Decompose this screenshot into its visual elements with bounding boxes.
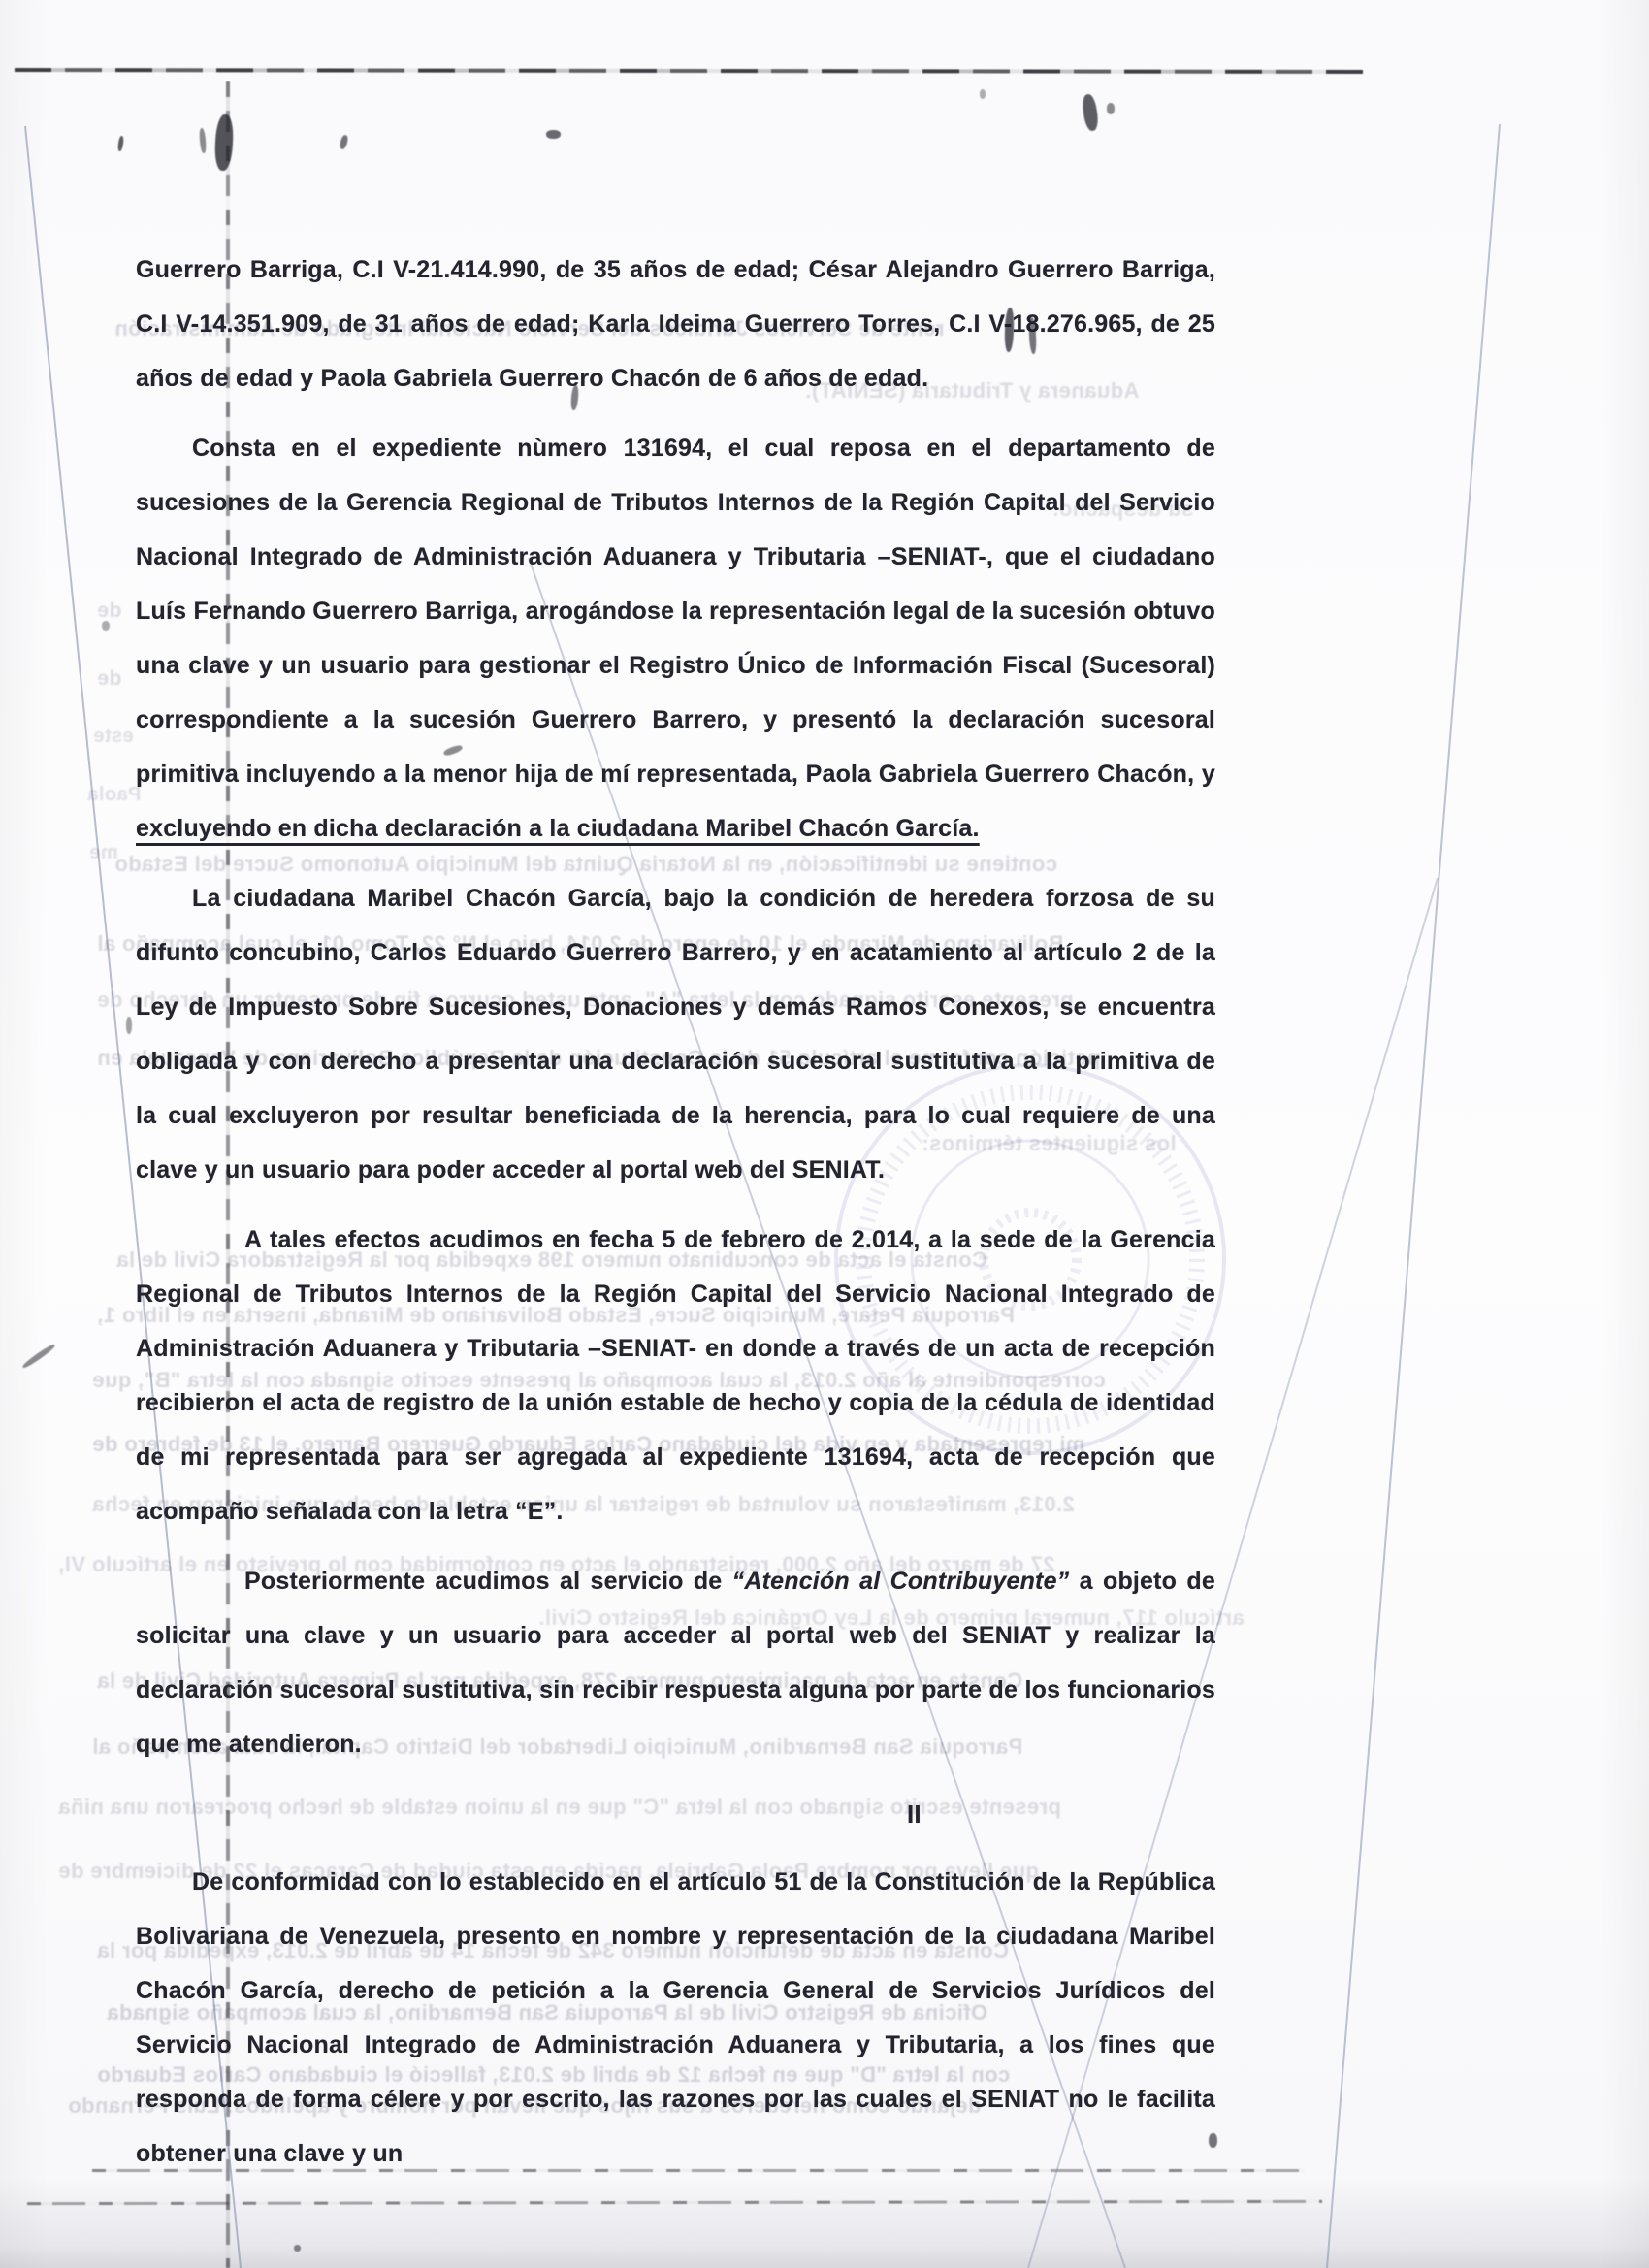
paragraph-atencion-contribuyente: Posteriormente acudimos al servicio de “…: [136, 1554, 1215, 1771]
ink-speck: [199, 128, 207, 153]
bleedthrough-fragment: me: [89, 842, 118, 864]
body-text: Guerrero Barriga, C.I V-21.414.990, de 3…: [136, 256, 1215, 392]
paragraph-expediente: Consta en el expediente nùmero 131694, e…: [136, 421, 1215, 856]
ink-speck: [1209, 2133, 1217, 2148]
scan-artifact-top-line: [15, 68, 1363, 74]
ink-speck: [126, 1017, 132, 1034]
ink-speck: [1107, 103, 1115, 114]
underlined-emphasis-text: excluyendo en dicha declaración a la ciu…: [136, 815, 980, 842]
body-text: II: [907, 1799, 921, 1829]
ink-speck: [339, 134, 349, 149]
paragraph-heredera: La ciudadana Maribel Chacón García, bajo…: [136, 871, 1215, 1197]
body-text: De conformidad con lo establecido en el …: [136, 1868, 1215, 2167]
bleedthrough-fragment: de: [97, 599, 121, 623]
paragraph-derecho-peticion: De conformidad con lo establecido en el …: [136, 1855, 1215, 2181]
ink-speck: [546, 130, 561, 139]
ink-speck: [213, 114, 234, 172]
body-text: La ciudadana Maribel Chacón García, bajo…: [136, 885, 1215, 1183]
scanned-legal-document-page: rente de Servicios Jurídicos del Servici…: [0, 0, 1649, 2268]
paragraph-continuation: Guerrero Barriga, C.I V-21.414.990, de 3…: [136, 243, 1215, 405]
ink-speck: [21, 1343, 56, 1370]
section-numeral: II: [136, 1787, 1215, 1841]
body-text: a objeto de solicitar una clave y un usu…: [136, 1568, 1215, 1758]
italic-quoted-text: “Atención al Contribuyente”: [732, 1568, 1070, 1595]
ink-speck: [117, 136, 124, 152]
text-block: Guerrero Barriga, C.I V-21.414.990, de 3…: [136, 243, 1215, 2196]
bleedthrough-fragment: de: [97, 667, 121, 691]
scan-artifact-bottom-line-2: [27, 2200, 1322, 2205]
ink-speck: [294, 2245, 301, 2252]
ink-speck: [102, 621, 110, 631]
ink-speck: [1081, 93, 1099, 132]
paragraph-acta-recepcion: A tales efectos acudimos en fecha 5 de f…: [136, 1213, 1215, 1539]
body-text: Posteriormente acudimos al servicio de: [244, 1568, 732, 1595]
body-text: A tales efectos acudimos en fecha 5 de f…: [136, 1226, 1215, 1525]
body-text: Consta en el expediente nùmero 131694, e…: [136, 435, 1215, 788]
bleedthrough-fragment: Paola: [87, 784, 141, 806]
ink-speck: [980, 89, 986, 99]
bleedthrough-fragment: este: [93, 726, 134, 748]
